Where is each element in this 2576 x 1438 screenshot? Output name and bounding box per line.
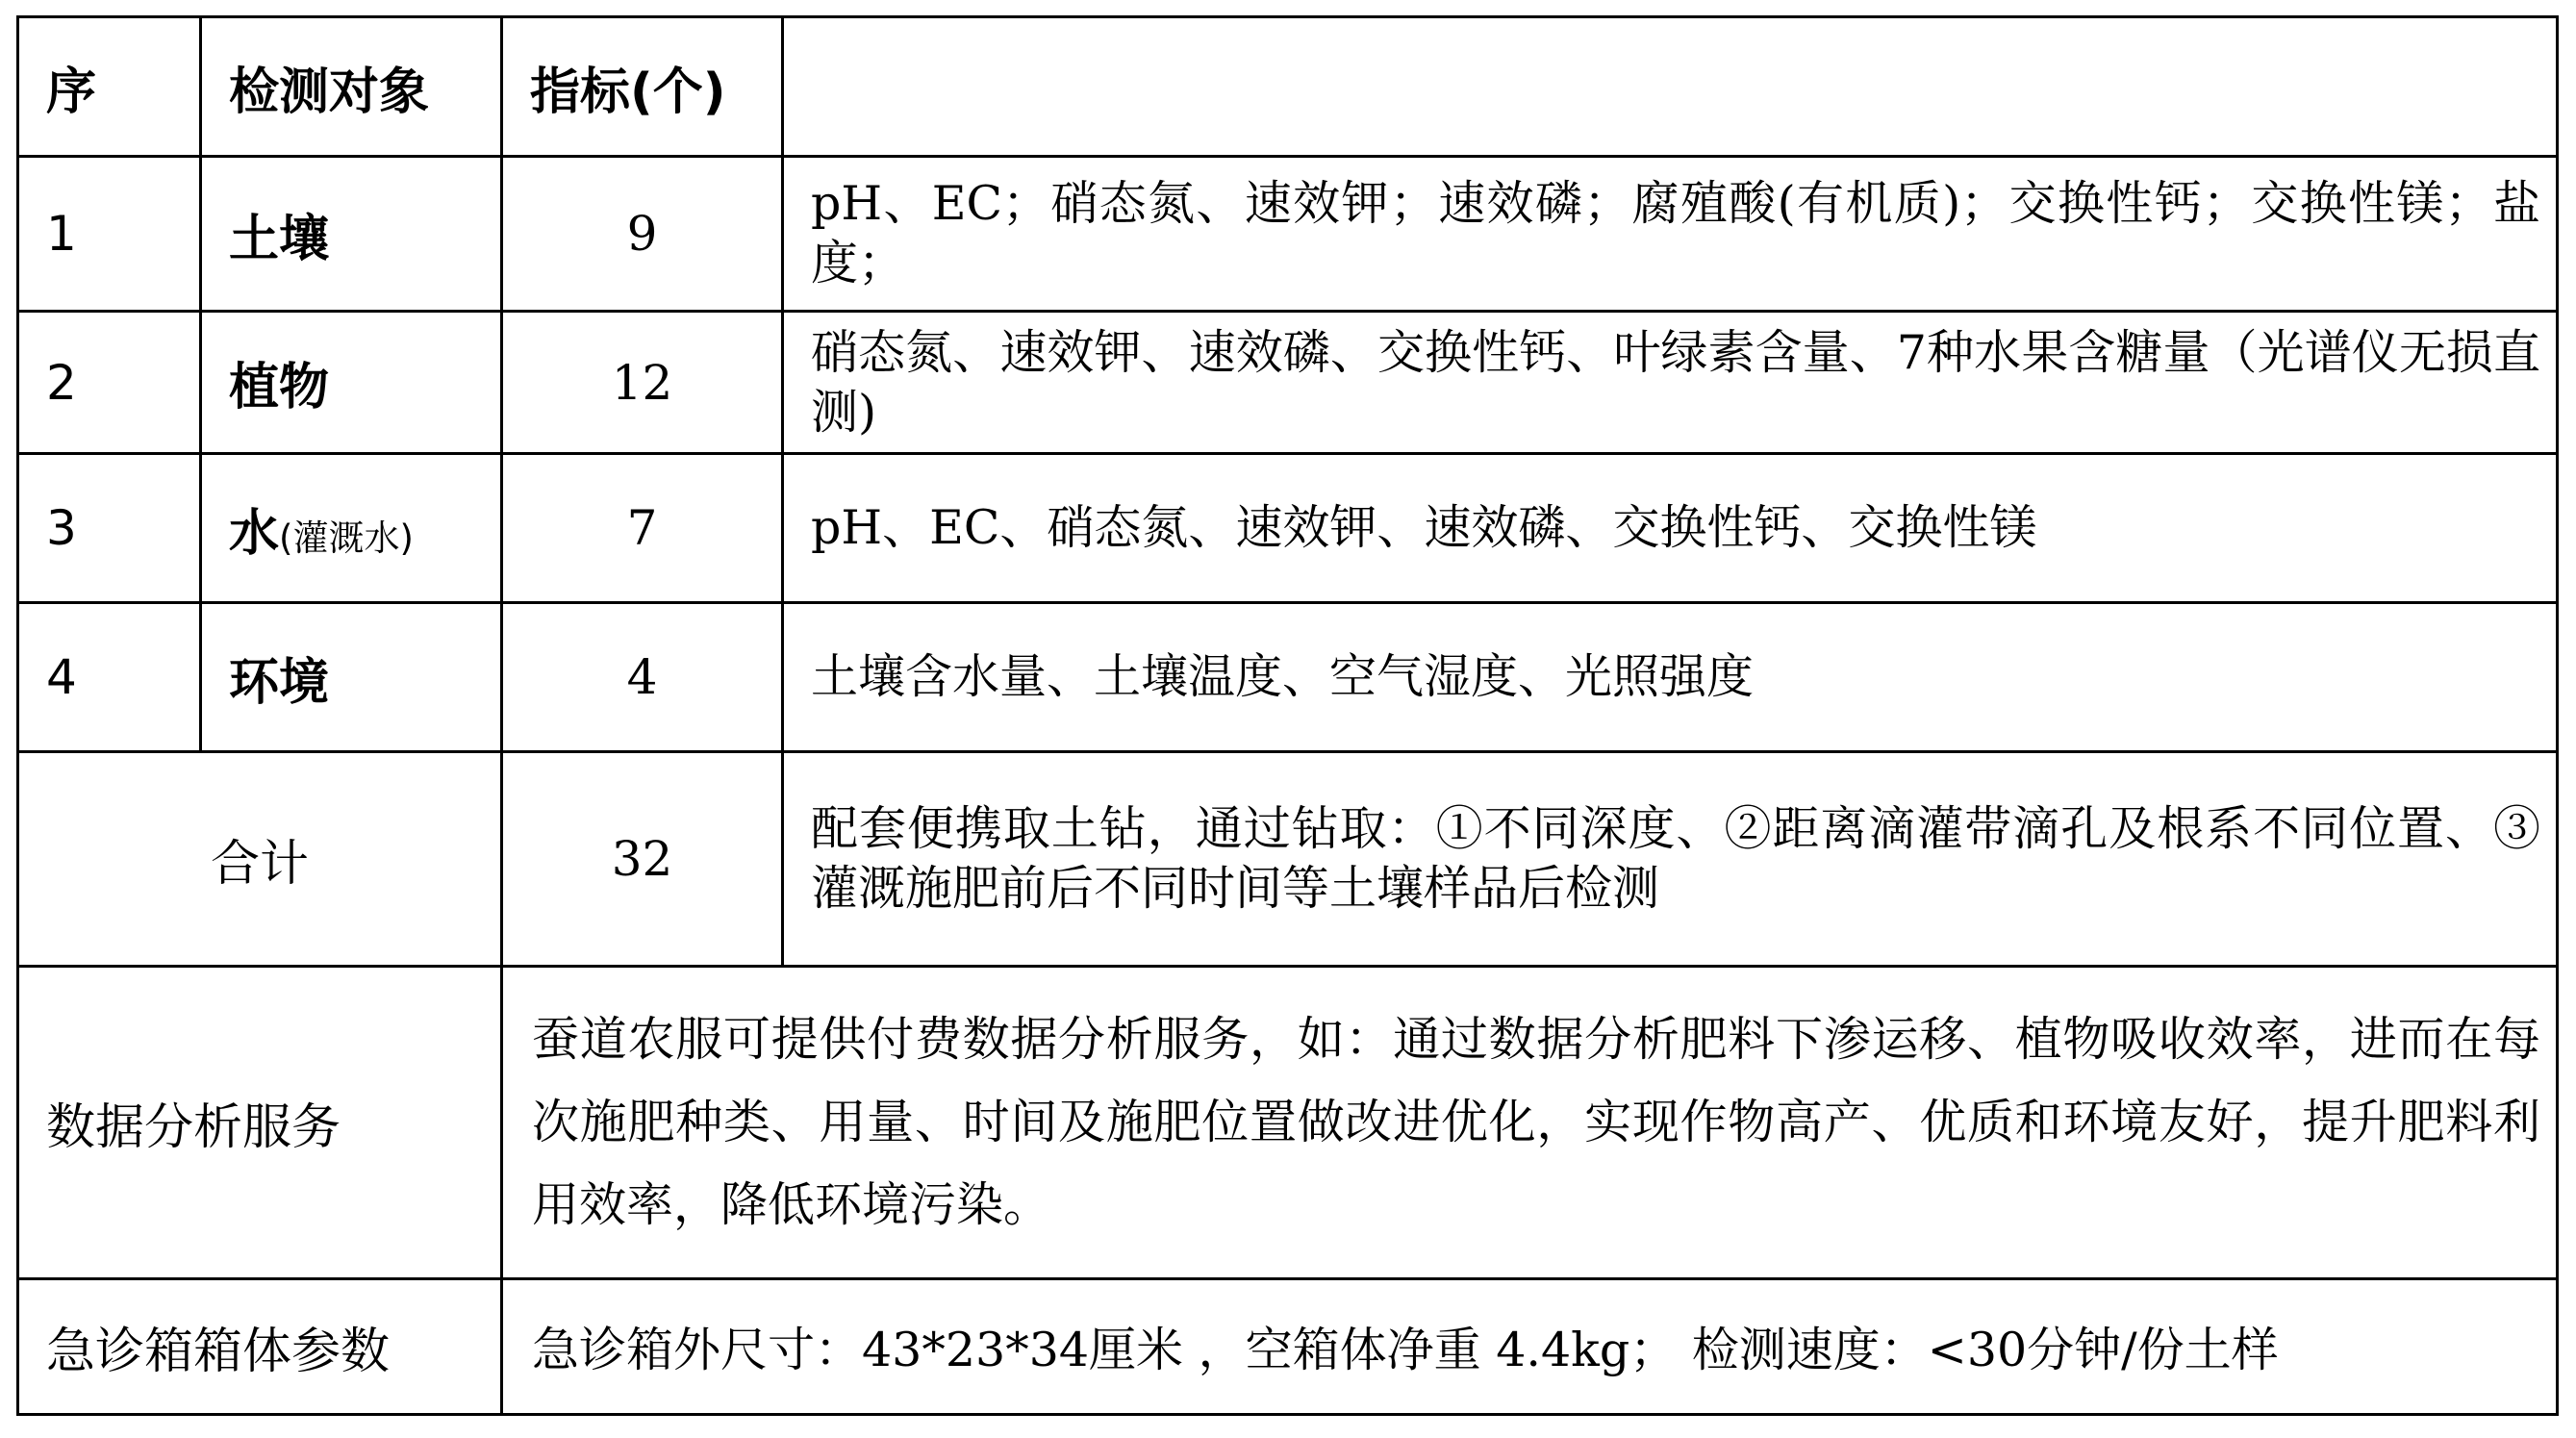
header-index: 序: [18, 17, 201, 157]
table-header-row: 序 检测对象 指标(个): [18, 17, 2558, 157]
table-row-total: 合计 32 配套便携取土钻，通过钻取：①不同深度、②距离滴灌带滴孔及根系不同位置…: [18, 752, 2558, 967]
total-detail: 配套便携取土钻，通过钻取：①不同深度、②距离滴灌带滴孔及根系不同位置、③灌溉施肥…: [783, 752, 2558, 967]
table-row-plant: 2 植物 12 硝态氮、速效钾、速效磷、交换性钙、叶绿素含量、7种水果含糖量（光…: [18, 312, 2558, 454]
detection-spec-table: 序 检测对象 指标(个) 1 土壤 9 pH、EC；硝态氮、速效钾；速效磷；腐殖…: [16, 15, 2559, 1416]
row-count: 7: [502, 454, 783, 603]
row-detail: 土壤含水量、土壤温度、空气湿度、光照强度: [783, 603, 2558, 752]
object-name: 土壤: [229, 211, 329, 268]
header-object: 检测对象: [201, 17, 502, 157]
object-name: 水: [229, 505, 279, 563]
box-specs-detail: 急诊箱外尺寸：43*23*34厘米 ，空箱体净重 4.4kg； 检测速度：<30…: [502, 1279, 2558, 1415]
row-count: 12: [502, 312, 783, 454]
header-count: 指标(个): [502, 17, 783, 157]
row-object: 植物: [201, 312, 502, 454]
row-object: 水(灌溉水): [201, 454, 502, 603]
data-service-label: 数据分析服务: [18, 967, 502, 1279]
row-detail: pH、EC；硝态氮、速效钾；速效磷；腐殖酸(有机质)；交换性钙；交换性镁；盐度；: [783, 157, 2558, 312]
row-object: 环境: [201, 603, 502, 752]
row-index: 4: [18, 603, 201, 752]
row-detail: pH、EC、硝态氮、速效钾、速效磷、交换性钙、交换性镁: [783, 454, 2558, 603]
row-count: 9: [502, 157, 783, 312]
table-row-environment: 4 环境 4 土壤含水量、土壤温度、空气湿度、光照强度: [18, 603, 2558, 752]
data-service-detail: 蚕道农服可提供付费数据分析服务，如：通过数据分析肥料下渗运移、植物吸收效率，进而…: [502, 967, 2558, 1279]
row-object: 土壤: [201, 157, 502, 312]
total-count: 32: [502, 752, 783, 967]
table-row-water: 3 水(灌溉水) 7 pH、EC、硝态氮、速效钾、速效磷、交换性钙、交换性镁: [18, 454, 2558, 603]
row-index: 3: [18, 454, 201, 603]
row-detail: 硝态氮、速效钾、速效磷、交换性钙、叶绿素含量、7种水果含糖量（光谱仪无损直测): [783, 312, 2558, 454]
row-index: 2: [18, 312, 201, 454]
object-name: 环境: [229, 654, 329, 712]
header-detail: [783, 17, 2558, 157]
table-row-box-specs: 急诊箱箱体参数 急诊箱外尺寸：43*23*34厘米 ，空箱体净重 4.4kg； …: [18, 1279, 2558, 1415]
table-row-data-service: 数据分析服务 蚕道农服可提供付费数据分析服务，如：通过数据分析肥料下渗运移、植物…: [18, 967, 2558, 1279]
table-row-soil: 1 土壤 9 pH、EC；硝态氮、速效钾；速效磷；腐殖酸(有机质)；交换性钙；交…: [18, 157, 2558, 312]
total-label: 合计: [18, 752, 502, 967]
row-index: 1: [18, 157, 201, 312]
row-count: 4: [502, 603, 783, 752]
object-name: 植物: [229, 359, 329, 416]
box-specs-label: 急诊箱箱体参数: [18, 1279, 502, 1415]
object-note: (灌溉水): [279, 517, 414, 559]
